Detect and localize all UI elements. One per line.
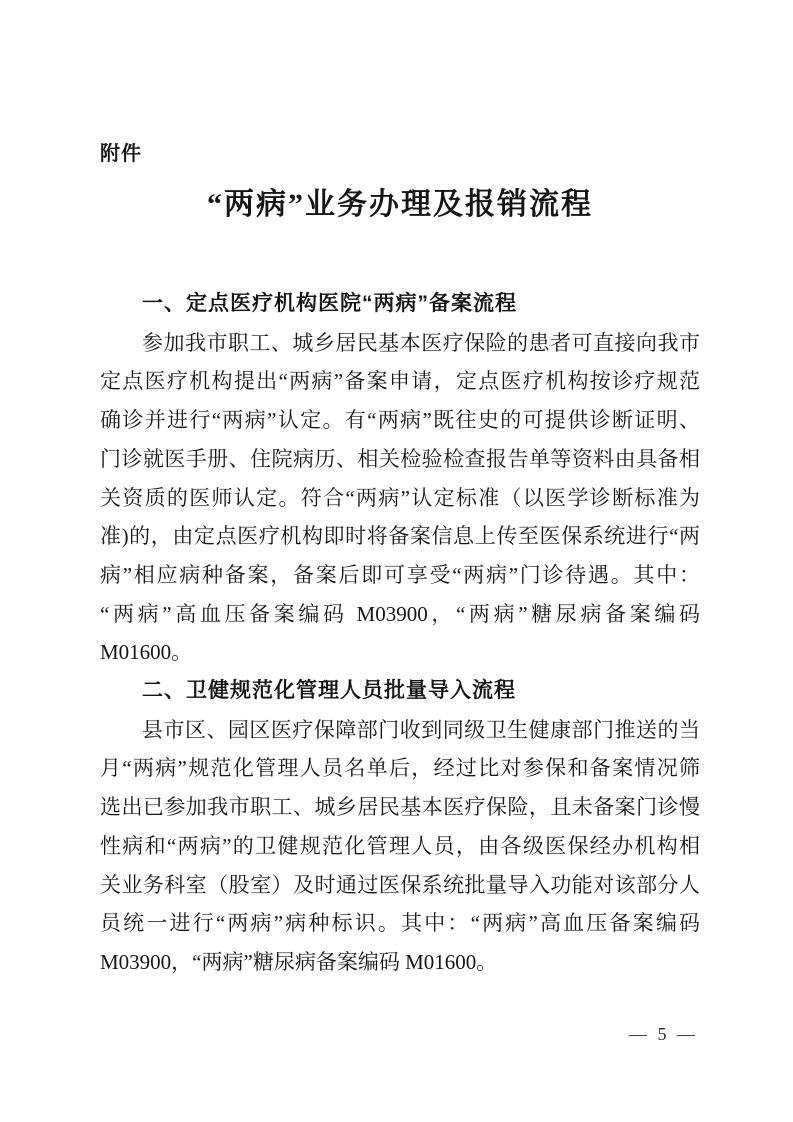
paragraph-line: 关资质的医师认定。符合“两病”认定标准（以医学诊断标准为	[100, 479, 700, 518]
paragraph-line: 县市区、园区医疗保障部门收到同级卫生健康部门推送的当	[100, 711, 700, 750]
paragraph-line: 员统一进行“两病”病种标识。其中：“两病”高血压备案编码	[100, 904, 700, 943]
attachment-label: 附件	[100, 141, 142, 167]
paragraph-line: 性病和“两病”的卫健规范化管理人员，由各级医保经办机构相	[100, 827, 700, 866]
paragraph-line: 月“两病”规范化管理人员名单后，经过比对参保和备案情况筛	[100, 749, 700, 788]
paragraph-line: 关业务科室（股室）及时通过医保系统批量导入功能对该部分人	[100, 866, 700, 905]
section-1-heading: 一、定点医疗机构医院“两病”备案流程	[100, 285, 700, 324]
paragraph-line: M03900，“两病”糖尿病备案编码 M01600。	[100, 943, 700, 982]
paragraph-line: 门诊就医手册、住院病历、相关检验检查报告单等资料由具备相	[100, 440, 700, 479]
paragraph-line: 确诊并进行“两病”认定。有“两病”既往史的可提供诊断证明、	[100, 401, 700, 440]
paragraph-line: 选出已参加我市职工、城乡居民基本医疗保险，且未备案门诊慢	[100, 788, 700, 827]
document-body: 一、定点医疗机构医院“两病”备案流程 参加我市职工、城乡居民基本医疗保险的患者可…	[100, 285, 700, 982]
document-title: “两病”业务办理及报销流程	[100, 183, 700, 227]
paragraph-line: 准)的，由定点医疗机构即时将备案信息上传至医保系统进行“两	[100, 517, 700, 556]
paragraph-line: 病”相应病种备案，备案后即可享受“两病”门诊待遇。其中：	[100, 556, 700, 595]
page-number: — 5 —	[560, 1022, 767, 1046]
paragraph-line: M01600。	[100, 633, 700, 672]
section-2-heading: 二、卫健规范化管理人员批量导入流程	[100, 672, 700, 711]
paragraph-line: “两病”高血压备案编码 M03900，“两病”糖尿病备案编码	[100, 595, 700, 634]
paragraph-line: 参加我市职工、城乡居民基本医疗保险的患者可直接向我市	[100, 324, 700, 363]
document-page: 附件 “两病”业务办理及报销流程 一、定点医疗机构医院“两病”备案流程 参加我市…	[0, 0, 793, 1122]
paragraph-line: 定点医疗机构提出“两病”备案申请，定点医疗机构按诊疗规范	[100, 362, 700, 401]
